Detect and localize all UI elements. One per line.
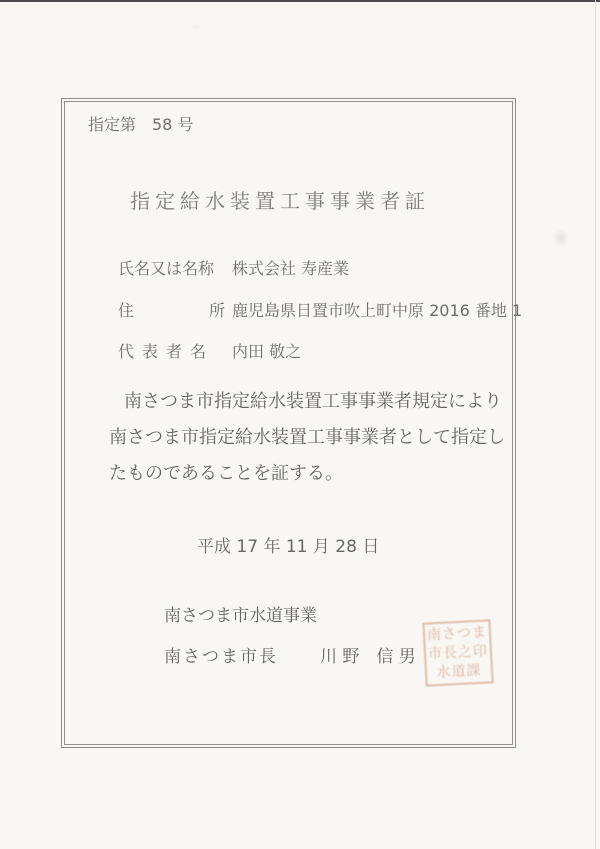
mayor-title: 南さつま市長 bbox=[164, 642, 278, 667]
designation-number: 指定第 58 号 bbox=[88, 112, 193, 135]
issue-date: 平成 17 年 11 月 28 日 bbox=[197, 532, 379, 557]
scan-edge-right bbox=[595, 0, 596, 849]
field-row-address: 住所 鹿児島県日置市吹上町中原 2016 番地 1 bbox=[118, 298, 518, 320]
field-row-business-name: 氏名又は名称 株式会社 寿産業 bbox=[118, 256, 518, 278]
certification-body-line-1: 南さつま市指定給水装置工事事業者規定により bbox=[109, 387, 502, 413]
scan-smudge bbox=[550, 226, 572, 250]
field-label-business-name: 氏名又は名称 bbox=[118, 256, 214, 279]
field-label-representative: 代表者名 bbox=[118, 339, 206, 362]
mayor-name: 川 野 信 男 bbox=[320, 642, 416, 667]
field-value-representative: 内田 敬之 bbox=[232, 339, 301, 362]
official-red-seal: 南さつま 市長之印 水道課 bbox=[422, 619, 493, 686]
certification-body-line-2: 南さつま市指定給水装置工事事業者として指定し bbox=[109, 423, 505, 449]
issuing-authority: 南さつま市水道事業 bbox=[164, 601, 317, 626]
seal-line-3: 水道課 bbox=[436, 661, 482, 682]
certificate-title: 指定給水装置工事事業者証 bbox=[130, 185, 430, 214]
scanned-certificate-page: 指定第 58 号 指定給水装置工事事業者証 氏名又は名称 株式会社 寿産業 住所… bbox=[0, 0, 600, 849]
field-value-address: 鹿児島県日置市吹上町中原 2016 番地 1 bbox=[232, 298, 522, 321]
scan-edge-top bbox=[0, 0, 600, 2]
scan-smudge bbox=[188, 22, 204, 32]
field-label-address: 住所 bbox=[118, 298, 225, 321]
field-value-business-name: 株式会社 寿産業 bbox=[232, 256, 349, 279]
certification-body-line-3: たものであることを証する。 bbox=[109, 459, 343, 485]
field-row-representative: 代表者名 内田 敬之 bbox=[118, 339, 518, 361]
